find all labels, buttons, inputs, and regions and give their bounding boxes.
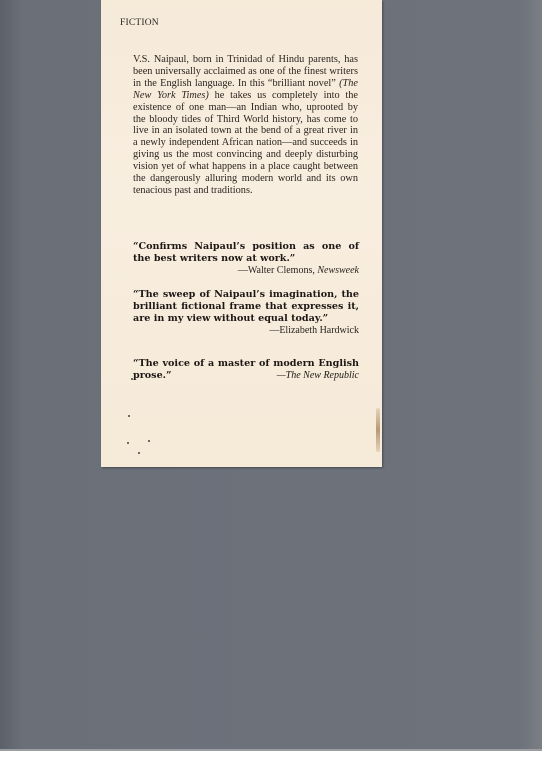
blurb-text-1: V.S. Naipaul, born in Trinidad of Hindu … <box>133 54 358 89</box>
cover-stain <box>376 408 380 452</box>
speck <box>138 452 140 454</box>
quote-author: —Walter Clemons, <box>238 265 317 276</box>
review-quote-newsweek: “Confirms Naipaul’s position as one of t… <box>133 241 359 277</box>
quote-publication: Newsweek <box>317 265 359 276</box>
quote-author: —Elizabeth Hardwick <box>269 325 359 336</box>
speck <box>127 442 129 444</box>
quote-publication: The New Republic <box>286 370 359 381</box>
category-label: FICTION <box>120 18 159 28</box>
speck <box>128 415 130 417</box>
quote-text: “The sweep of Naipaul’s imagination, the… <box>133 289 359 325</box>
review-quote-hardwick: “The sweep of Naipaul’s imagination, the… <box>133 289 359 337</box>
review-quote-new-republic: “The voice of a master of modern English… <box>133 358 359 382</box>
quote-attribution: —Walter Clemons, Newsweek <box>133 265 359 277</box>
book-back-cover: FICTION V.S. Naipaul, born in Trinidad o… <box>101 0 382 467</box>
blurb-text-2: he takes us completely into the existenc… <box>133 90 358 196</box>
quote-author: — <box>277 370 286 381</box>
speck <box>131 378 133 380</box>
speck <box>148 440 150 442</box>
book-description: V.S. Naipaul, born in Trinidad of Hindu … <box>133 54 358 197</box>
quote-attribution: —Elizabeth Hardwick <box>133 325 359 337</box>
quote-text: “Confirms Naipaul’s position as one of t… <box>133 241 359 265</box>
quote-attribution: —The New Republic <box>277 370 359 382</box>
